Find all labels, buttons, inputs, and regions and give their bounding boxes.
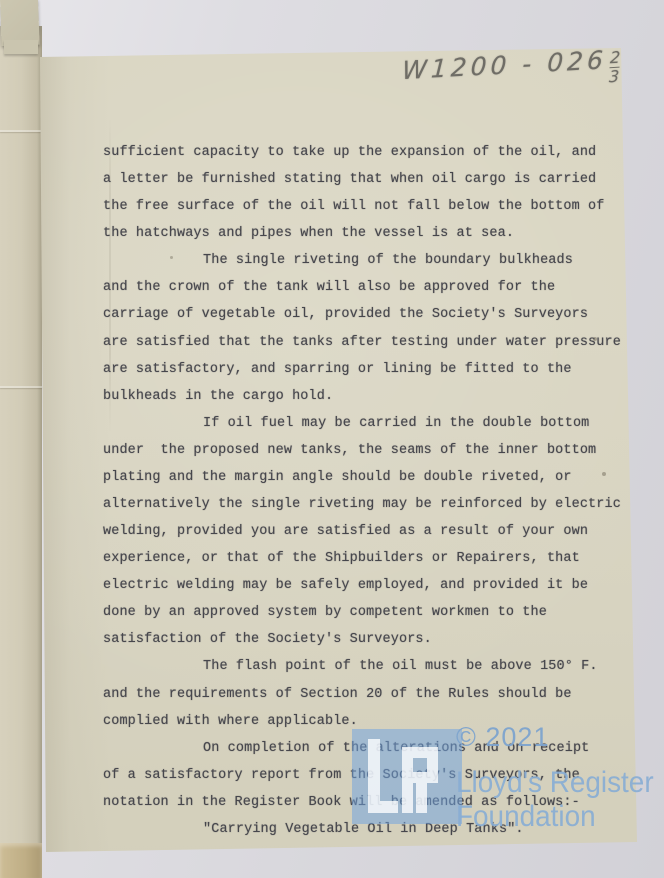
typed-line: carriage of vegetable oil, provided the … <box>103 301 628 328</box>
stacked-pages-edge <box>0 26 42 878</box>
paper-fragment-edge <box>4 40 38 54</box>
page-edge-seam <box>0 130 42 132</box>
fraction-numerator: 2 <box>610 50 621 67</box>
typed-line: the free surface of the oil will not fal… <box>103 193 628 220</box>
typed-line: the hatchways and pipes when the vessel … <box>103 220 628 247</box>
typed-line: done by an approved system by competent … <box>103 599 628 626</box>
typed-line: are satisfied that the tanks after testi… <box>103 329 628 356</box>
typed-line: bulkheads in the cargo hold. <box>103 383 628 410</box>
typed-line: under the proposed new tanks, the seams … <box>103 437 628 464</box>
fraction-denominator: 3 <box>609 67 620 86</box>
archive-code-fraction: 23 <box>609 50 621 86</box>
watermark-foundation: Foundation <box>456 800 596 834</box>
scanned-document-image: sufficient capacity to take up the expan… <box>0 0 664 878</box>
typed-line: plating and the margin angle should be d… <box>103 464 628 491</box>
typed-line: welding, provided you are satisfied as a… <box>103 518 628 545</box>
typed-line: and the crown of the tank will also be a… <box>103 274 628 301</box>
typed-line: The flash point of the oil must be above… <box>103 653 628 680</box>
typed-line: If oil fuel may be carried in the double… <box>103 410 628 437</box>
typed-line: alternatively the single riveting may be… <box>103 491 628 518</box>
lloyds-register-logo-icon <box>352 729 462 824</box>
watermark-copyright: © 2021 <box>456 722 549 753</box>
paper-tab-bottom-left <box>0 843 42 878</box>
page-edge-seam <box>0 386 42 388</box>
typed-line: satisfaction of the Society's Surveyors. <box>103 626 628 653</box>
watermark-lloyds-register: Lloyd's Register <box>456 766 654 800</box>
typed-line: and the requirements of Section 20 of th… <box>103 681 628 708</box>
typed-line: a letter be furnished stating that when … <box>103 166 628 193</box>
typed-line: electric welding may be safely employed,… <box>103 572 628 599</box>
typed-line: The single riveting of the boundary bulk… <box>103 247 628 274</box>
typed-line: are satisfactory, and sparring or lining… <box>103 356 628 383</box>
typed-line: experience, or that of the Shipbuilders … <box>103 545 628 572</box>
typed-line: sufficient capacity to take up the expan… <box>103 139 628 166</box>
